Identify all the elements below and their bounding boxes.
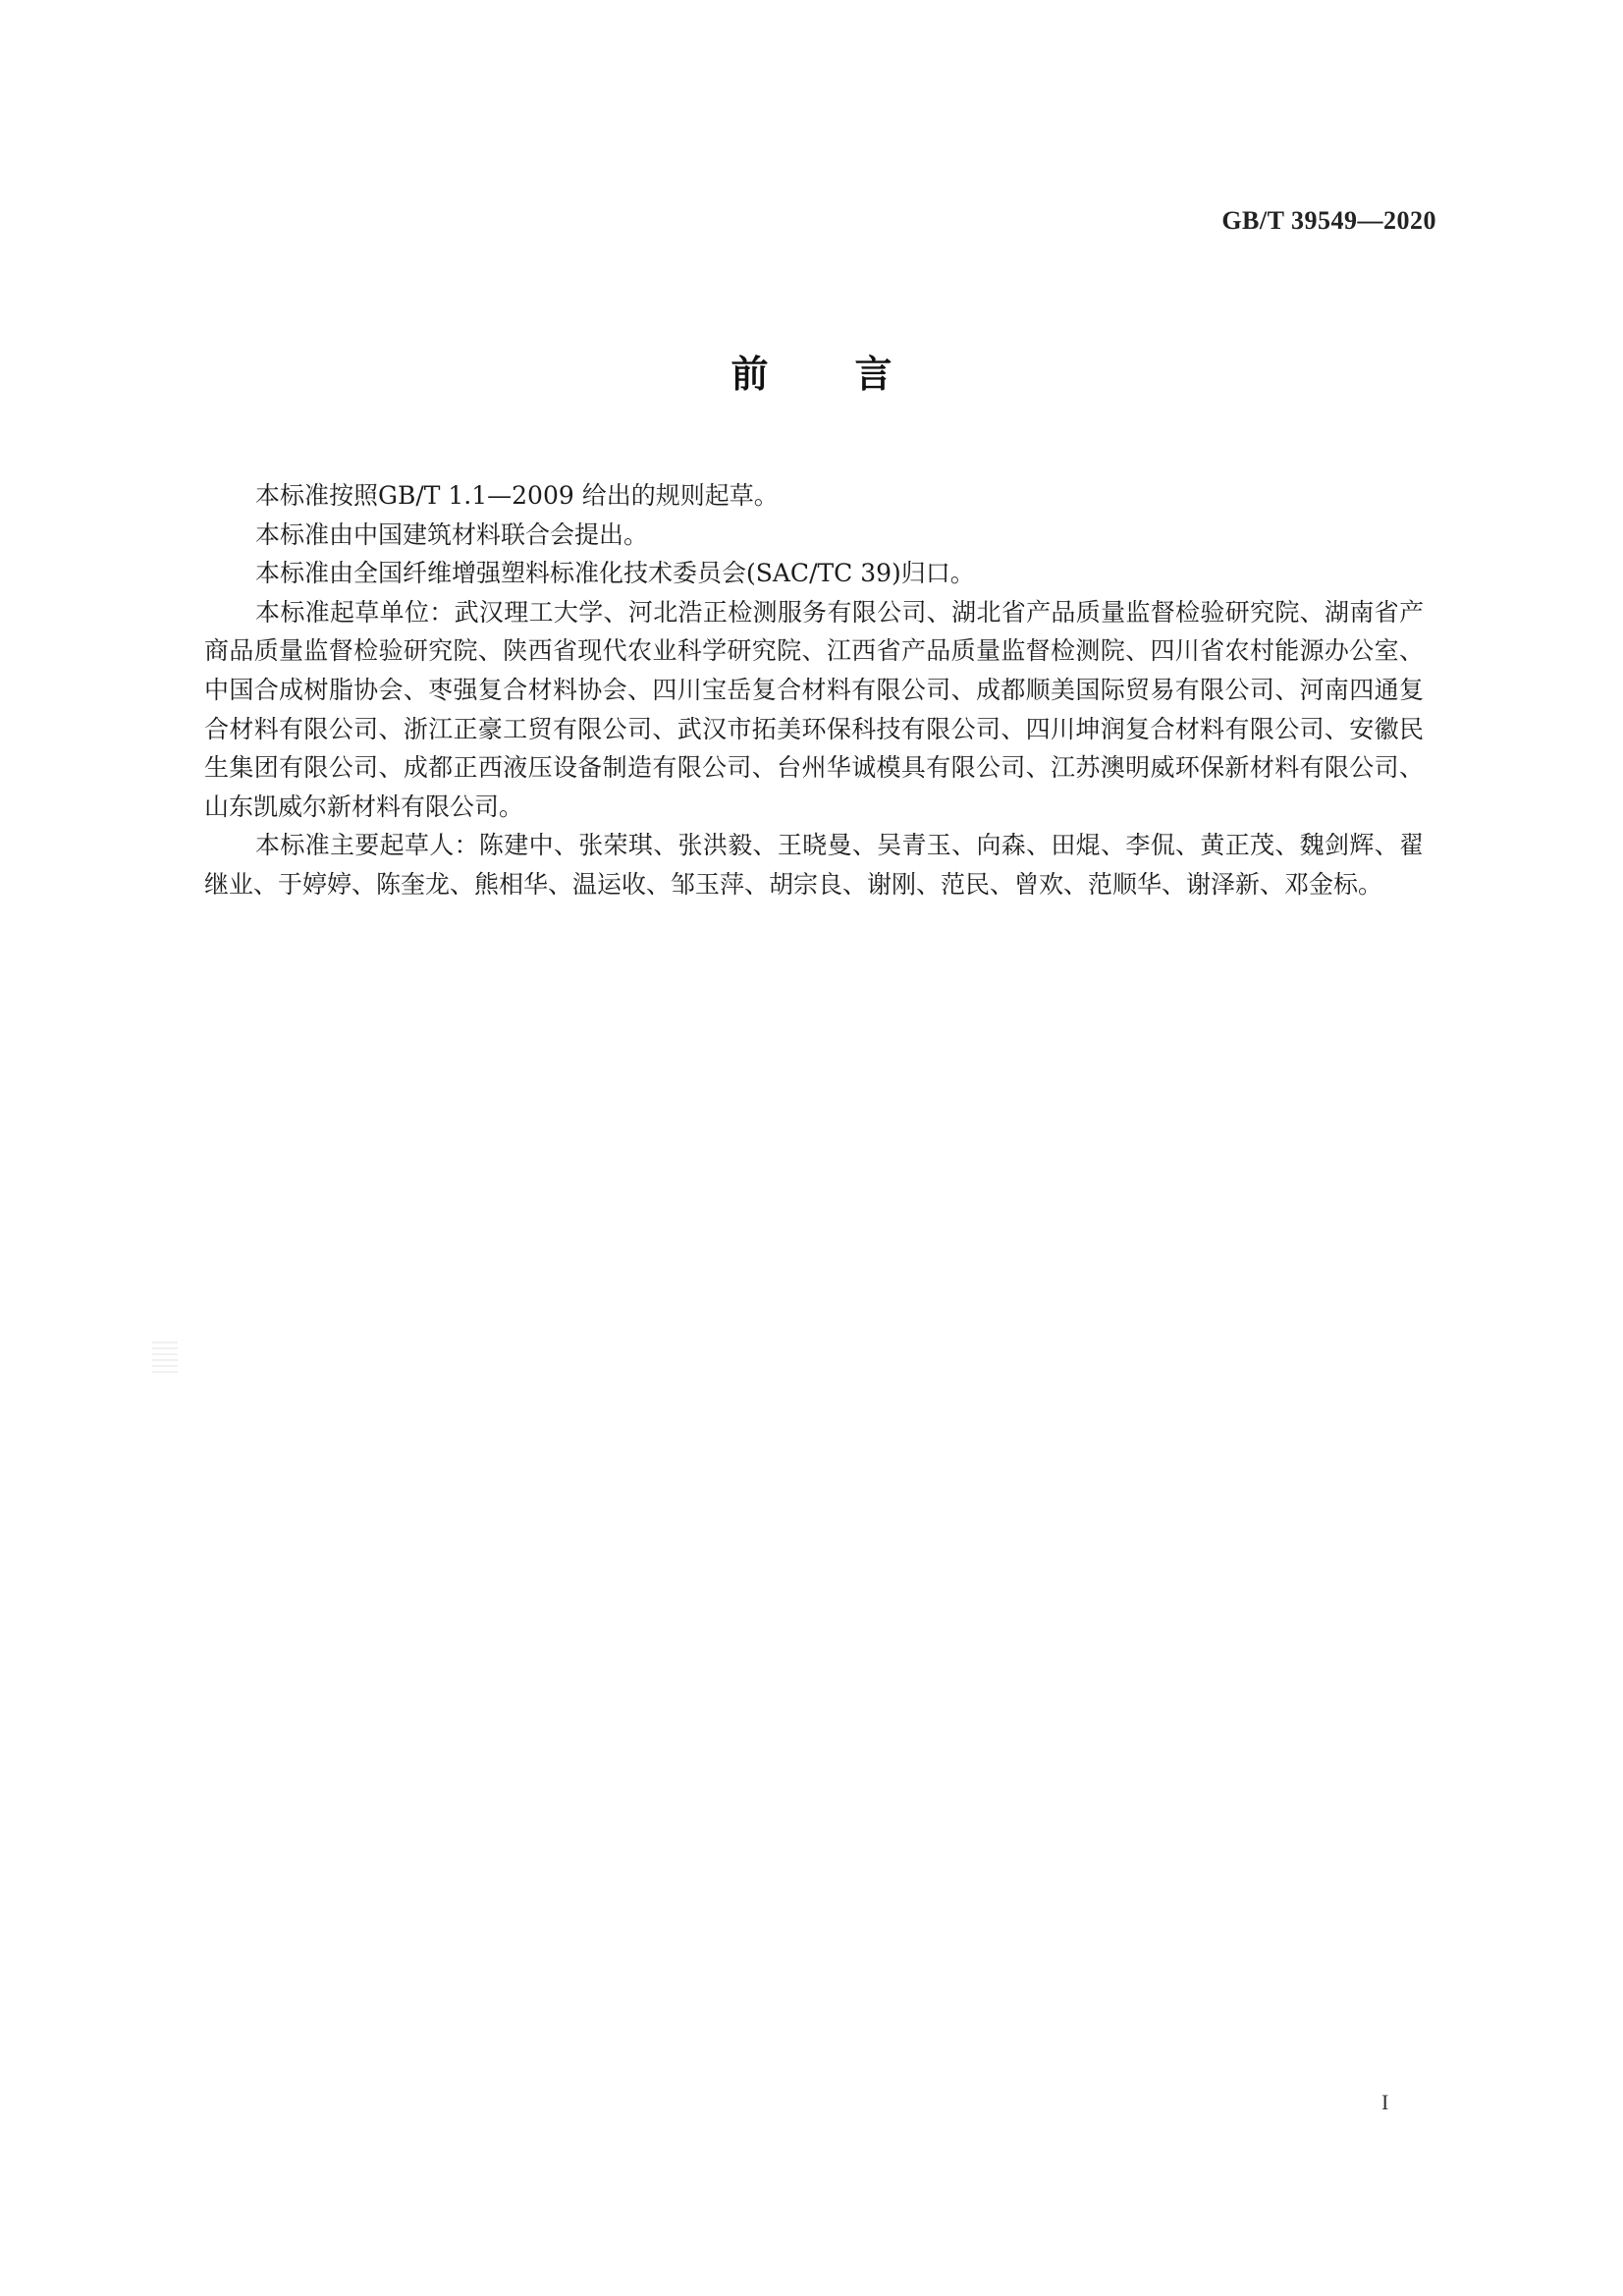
page-title: 前言 [0,344,1623,398]
scan-artifact [152,1338,178,1373]
paragraph-proposer: 本标准由中国建筑材料联合会提出。 [204,516,1424,555]
paragraph-drafters: 本标准主要起草人：陈建中、张荣琪、张洪毅、王晓曼、吴青玉、向森、田焜、李侃、黄正… [204,826,1424,903]
paragraph-committee: 本标准由全国纤维增强塑料标准化技术委员会(SAC/TC 39)归口。 [204,554,1424,593]
foreword-body: 本标准按照GB/T 1.1—2009 给出的规则起草。 本标准由中国建筑材料联合… [204,476,1424,904]
paragraph-drafting-rules: 本标准按照GB/T 1.1—2009 给出的规则起草。 [204,476,1424,516]
document-page: GB/T 39549—2020 前言 本标准按照GB/T 1.1—2009 给出… [0,0,1623,2296]
paragraph-drafting-units: 本标准起草单位：武汉理工大学、河北浩正检测服务有限公司、湖北省产品质量监督检验研… [204,593,1424,827]
page-number: I [1381,2090,1388,2115]
standard-code-header: GB/T 39549—2020 [1221,206,1436,236]
